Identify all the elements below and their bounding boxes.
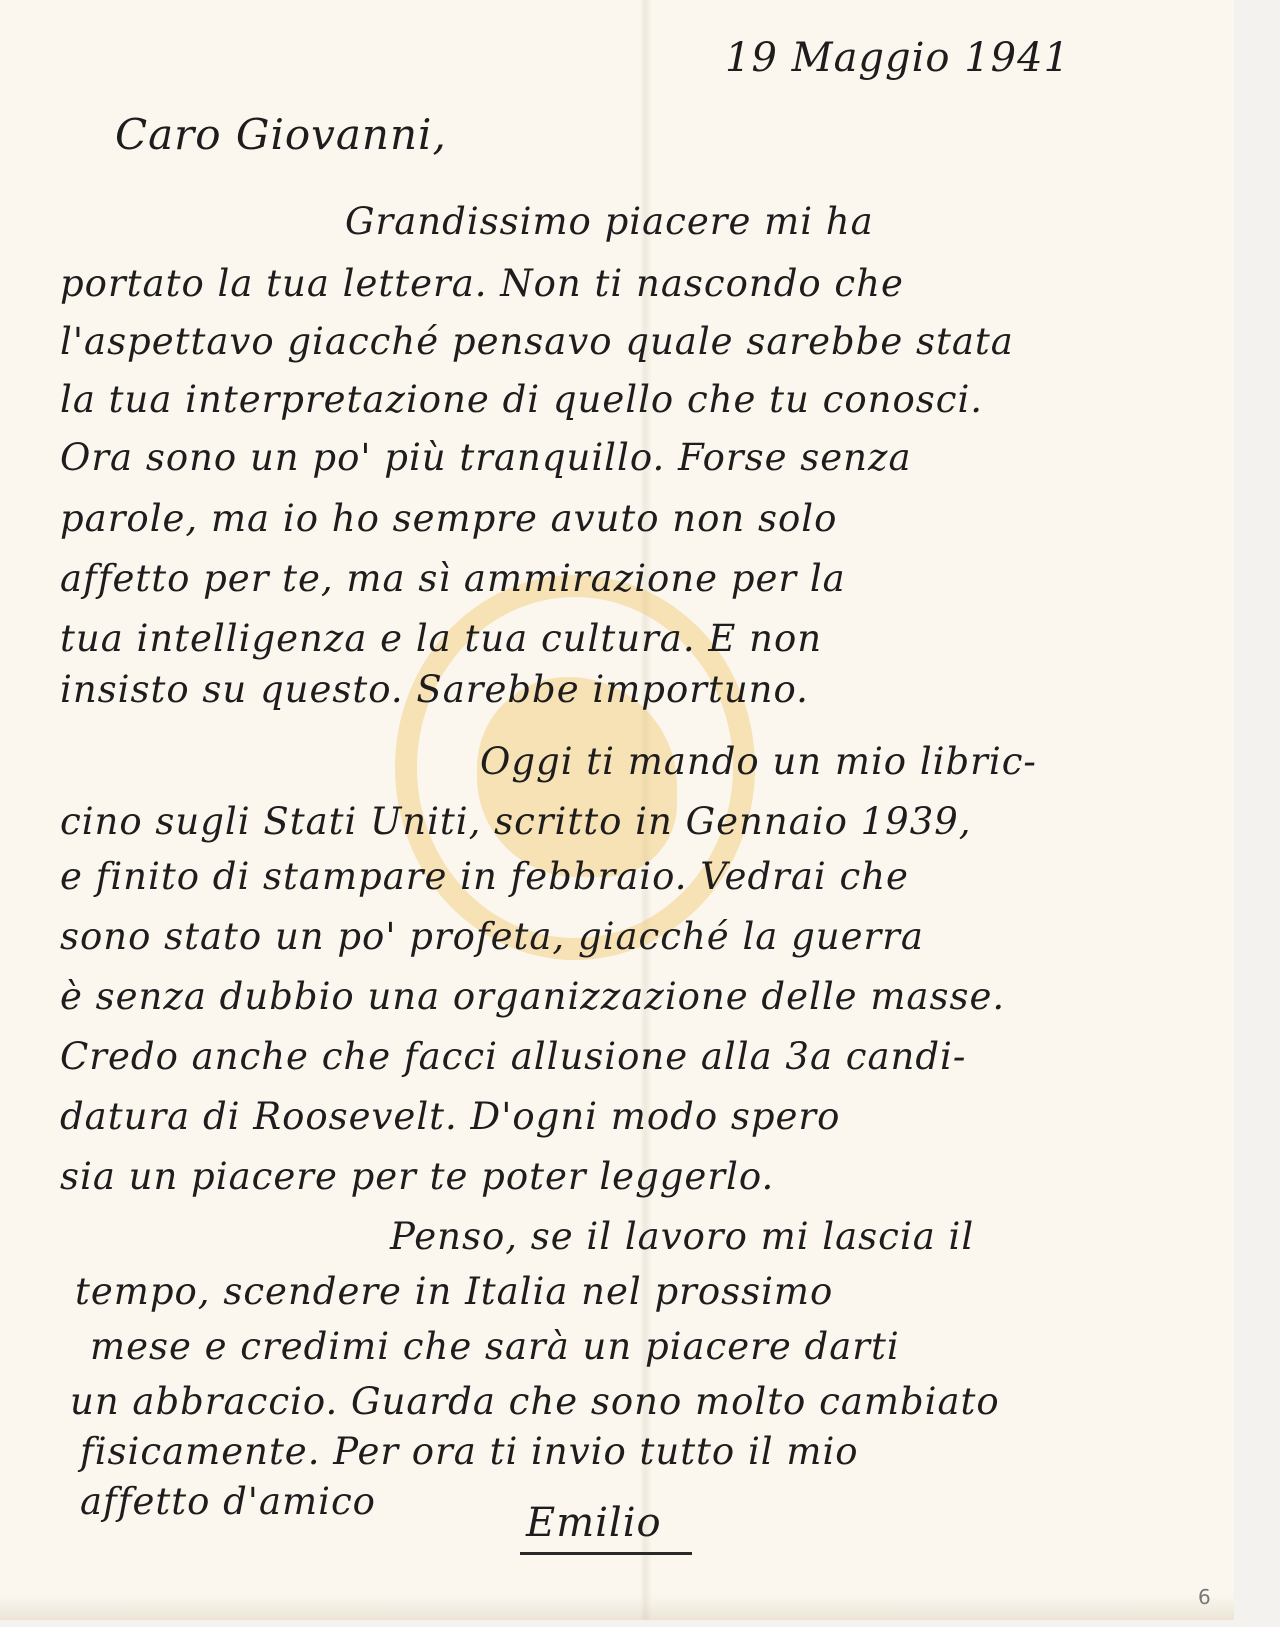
letter-line: la tua interpretazione di quello che tu … — [60, 378, 983, 421]
letter-salutation: Caro Giovanni, — [115, 110, 447, 159]
letter-line: mese e credimi che sarà un piacere darti — [90, 1325, 900, 1368]
letter-line: e finito di stampare in febbraio. Vedrai… — [60, 855, 909, 898]
letter-line: tua intelligenza e la tua cultura. E non — [60, 617, 822, 660]
letter-line: insisto su questo. Sarebbe importuno. — [60, 668, 809, 711]
letter-line: datura di Roosevelt. D'ogni modo spero — [60, 1095, 840, 1138]
letter-line: Ora sono un po' più tranquillo. Forse se… — [60, 436, 912, 479]
letter-signature: Emilio — [520, 1500, 692, 1555]
letter-line: un abbraccio. Guarda che sono molto camb… — [70, 1380, 1000, 1423]
letter-line: sono stato un po' profeta, giacché la gu… — [60, 915, 924, 958]
letter-line: cino sugli Stati Uniti, scritto in Genna… — [60, 800, 972, 843]
letter-line: sia un piacere per te poter leggerlo. — [60, 1155, 774, 1198]
letter-line: è senza dubbio una organizzazione delle … — [60, 975, 1005, 1018]
letter-line: affetto d'amico — [80, 1480, 376, 1523]
letter-line: Grandissimo piacere mi ha — [345, 200, 874, 243]
letter-line: Credo anche che facci allusione alla 3a … — [60, 1035, 966, 1078]
letter-line: portato la tua lettera. Non ti nascondo … — [60, 262, 904, 305]
letter-line: tempo, scendere in Italia nel prossimo — [75, 1270, 833, 1313]
letter-line: Penso, se il lavoro mi lascia il — [390, 1215, 974, 1258]
letter-line: fisicamente. Per ora ti invio tutto il m… — [80, 1430, 859, 1473]
letter-line: Oggi ti mando un mio libric- — [480, 740, 1037, 783]
letter-page: 19 Maggio 1941 Caro Giovanni, Grandissim… — [0, 0, 1234, 1620]
letter-line: parole, ma io ho sempre avuto non solo — [60, 497, 837, 540]
letter-line: affetto per te, ma sì ammirazione per la — [60, 557, 846, 600]
page-number: 6 — [1198, 1585, 1211, 1609]
letter-line: l'aspettavo giacché pensavo quale sarebb… — [60, 320, 1014, 363]
letter-date: 19 Maggio 1941 — [725, 35, 1070, 81]
